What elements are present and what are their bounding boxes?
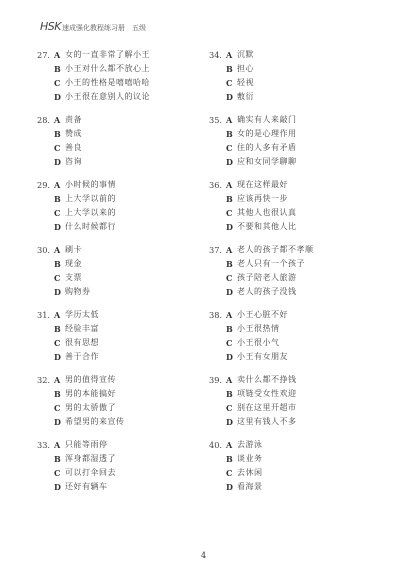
question-item: 40.A去游泳00.B谈业务00.C去休闲00.D看海景 <box>209 438 379 503</box>
option-letter: D <box>226 155 237 169</box>
option-text: 小王很热情 <box>237 322 280 336</box>
question-item: 38.A小王心脏不好00.B小王很热情00.C小王很小气00.D小王有女朋友 <box>209 308 379 373</box>
option-letter: C <box>54 271 65 285</box>
option-text: 浑身都湿透了 <box>65 452 116 466</box>
question-number: 33. <box>37 438 54 452</box>
answer-option: 00.B上大学以前的 <box>37 192 207 206</box>
option-text: 确实有人来敲门 <box>237 113 297 127</box>
option-letter: D <box>226 415 237 429</box>
question-item: 35.A确实有人来敲门00.B女的是心理作用00.C住的人多有矛盾00.D应和女… <box>209 113 379 178</box>
answer-option: 00.B应该再快一步 <box>209 192 379 206</box>
option-letter: B <box>54 387 65 401</box>
option-letter: A <box>54 438 65 452</box>
option-text: 学历太低 <box>65 308 99 322</box>
option-letter: D <box>54 155 65 169</box>
option-letter: B <box>54 127 65 141</box>
option-letter: C <box>226 401 237 415</box>
page-number: 4 <box>201 551 206 560</box>
option-text: 善于合作 <box>65 350 99 364</box>
option-letter: A <box>226 308 237 322</box>
option-letter: D <box>226 350 237 364</box>
option-letter: B <box>226 257 237 271</box>
option-letter: B <box>54 257 65 271</box>
option-text: 担心 <box>237 62 254 76</box>
option-text: 很有思想 <box>65 336 99 350</box>
answer-option: 00.C住的人多有矛盾 <box>209 141 379 155</box>
option-text: 刷卡 <box>65 243 82 257</box>
option-text: 购物券 <box>65 285 91 299</box>
answer-option: 00.D还好有辆车 <box>37 480 207 494</box>
answer-option: 00.B浑身都湿透了 <box>37 452 207 466</box>
answer-option: 00.C别在这里开超市 <box>209 401 379 415</box>
option-letter: D <box>54 415 65 429</box>
answer-option: 00.D看海景 <box>209 480 379 494</box>
question-item: 33.A只能等雨停00.B浑身都湿透了00.C可以打伞回去00.D还好有辆车 <box>37 438 207 503</box>
answer-option: 00.C可以打伞回去 <box>37 466 207 480</box>
option-letter: A <box>54 178 65 192</box>
answer-option: 00.D咨询 <box>37 155 207 169</box>
option-letter: C <box>54 206 65 220</box>
answer-option: 00.D小王有女朋友 <box>209 350 379 364</box>
answer-option: 30.A刷卡 <box>37 243 207 257</box>
hsk-logo: HSK <box>40 20 61 33</box>
answer-option: 00.C孩子陪老人旅游 <box>209 271 379 285</box>
answer-option: 00.B赞成 <box>37 127 207 141</box>
option-letter: C <box>54 336 65 350</box>
option-letter: A <box>226 373 237 387</box>
answer-option: 00.D这里有钱人不多 <box>209 415 379 429</box>
question-number: 34. <box>209 48 226 62</box>
question-number: 29. <box>37 178 54 192</box>
option-text: 现金 <box>65 257 82 271</box>
option-letter: B <box>54 62 65 76</box>
option-text: 希望男的来宣传 <box>65 415 125 429</box>
answer-option: 00.C很有思想 <box>37 336 207 350</box>
option-letter: C <box>54 76 65 90</box>
question-column-left: 27.A女的一直非常了解小王00.B小王对什么都不放心上00.C小王的性格是嘻嘻… <box>37 48 207 503</box>
option-text: 老人的孩子没钱 <box>237 285 297 299</box>
option-text: 支票 <box>65 271 82 285</box>
option-letter: B <box>54 192 65 206</box>
option-text: 项链受女性欢迎 <box>237 387 297 401</box>
option-text: 这里有钱人不多 <box>237 415 297 429</box>
option-text: 上大学以来的 <box>65 206 116 220</box>
answer-option: 00.B老人只有一个孩子 <box>209 257 379 271</box>
option-letter: A <box>226 438 237 452</box>
answer-option: 00.C男的太骄傲了 <box>37 401 207 415</box>
option-letter: A <box>226 48 237 62</box>
option-text: 女的一直非常了解小王 <box>65 48 150 62</box>
question-number: 31. <box>37 308 54 322</box>
option-text: 应和女同学聊聊 <box>237 155 297 169</box>
page-header: HSK 速成强化教程练习册 五级 <box>40 20 146 32</box>
option-text: 上大学以前的 <box>65 192 116 206</box>
question-number: 28. <box>37 113 54 127</box>
question-number: 36. <box>209 178 226 192</box>
option-text: 善良 <box>65 141 82 155</box>
question-number: 32. <box>37 373 54 387</box>
answer-option: 00.B女的是心理作用 <box>209 127 379 141</box>
option-letter: C <box>54 466 65 480</box>
option-letter: A <box>226 243 237 257</box>
option-text: 老人只有一个孩子 <box>237 257 305 271</box>
question-number: 40. <box>209 438 226 452</box>
answer-option: 00.D希望男的来宣传 <box>37 415 207 429</box>
option-text: 女的是心理作用 <box>237 127 297 141</box>
option-letter: C <box>226 206 237 220</box>
option-letter: D <box>54 90 65 104</box>
question-item: 34.A沉默00.B担心00.C轻视00.D敷衍 <box>209 48 379 113</box>
question-item: 27.A女的一直非常了解小王00.B小王对什么都不放心上00.C小王的性格是嘻嘻… <box>37 48 207 113</box>
option-letter: A <box>54 48 65 62</box>
option-letter: D <box>54 480 65 494</box>
answer-option: 00.B现金 <box>37 257 207 271</box>
option-text: 卖什么都不挣钱 <box>237 373 297 387</box>
answer-option: 32.A男的值得宣传 <box>37 373 207 387</box>
option-letter: D <box>54 350 65 364</box>
option-text: 还好有辆车 <box>65 480 108 494</box>
option-text: 其他人也很认真 <box>237 206 297 220</box>
option-text: 小王很在意别人的议论 <box>65 90 150 104</box>
option-text: 小王对什么都不放心上 <box>65 62 150 76</box>
answer-option: 00.D什么时候都行 <box>37 220 207 234</box>
question-column-right: 34.A沉默00.B担心00.C轻视00.D敷衍35.A确实有人来敲门00.B女… <box>209 48 379 503</box>
option-letter: B <box>226 322 237 336</box>
answer-option: 36.A现在这样最好 <box>209 178 379 192</box>
option-text: 可以打伞回去 <box>65 466 116 480</box>
option-letter: D <box>226 220 237 234</box>
option-letter: D <box>226 480 237 494</box>
option-text: 应该再快一步 <box>237 192 288 206</box>
option-letter: B <box>226 127 237 141</box>
option-letter: C <box>226 466 237 480</box>
option-letter: A <box>226 113 237 127</box>
answer-option: 00.D老人的孩子没钱 <box>209 285 379 299</box>
option-text: 赞成 <box>65 127 82 141</box>
answer-option: 00.C其他人也很认真 <box>209 206 379 220</box>
option-text: 小王的性格是嘻嘻哈哈 <box>65 76 150 90</box>
answer-option: 00.B项链受女性欢迎 <box>209 387 379 401</box>
question-item: 39.A卖什么都不挣钱00.B项链受女性欢迎00.C别在这里开超市00.D这里有… <box>209 373 379 438</box>
answer-option: 29.A小时候的事情 <box>37 178 207 192</box>
answer-option: 00.B担心 <box>209 62 379 76</box>
book-level: 五级 <box>132 23 146 33</box>
option-text: 咨询 <box>65 155 82 169</box>
option-text: 责备 <box>65 113 82 127</box>
option-letter: B <box>54 452 65 466</box>
question-number: 38. <box>209 308 226 322</box>
answer-option: 31.A学历太低 <box>37 308 207 322</box>
option-text: 孩子陪老人旅游 <box>237 271 297 285</box>
option-letter: C <box>54 141 65 155</box>
question-item: 30.A刷卡00.B现金00.C支票00.D购物券 <box>37 243 207 308</box>
option-letter: C <box>226 336 237 350</box>
option-text: 经验丰富 <box>65 322 99 336</box>
option-letter: C <box>226 271 237 285</box>
question-item: 28.A责备00.B赞成00.C善良00.D咨询 <box>37 113 207 178</box>
option-text: 小王心脏不好 <box>237 308 288 322</box>
answer-option: 33.A只能等雨停 <box>37 438 207 452</box>
answer-option: 00.B小王对什么都不放心上 <box>37 62 207 76</box>
option-text: 小王有女朋友 <box>237 350 288 364</box>
answer-option: 37.A老人的孩子都不孝顺 <box>209 243 379 257</box>
answer-option: 39.A卖什么都不挣钱 <box>209 373 379 387</box>
option-letter: C <box>54 401 65 415</box>
answer-option: 00.D购物券 <box>37 285 207 299</box>
option-text: 谈业务 <box>237 452 263 466</box>
answer-option: 00.C小王很小气 <box>209 336 379 350</box>
option-text: 小王很小气 <box>237 336 280 350</box>
option-letter: B <box>54 322 65 336</box>
answer-option: 38.A小王心脏不好 <box>209 308 379 322</box>
question-item: 29.A小时候的事情00.B上大学以前的00.C上大学以来的00.D什么时候都行 <box>37 178 207 243</box>
option-letter: B <box>226 192 237 206</box>
option-letter: A <box>54 308 65 322</box>
question-item: 31.A学历太低00.B经验丰富00.C很有思想00.D善于合作 <box>37 308 207 373</box>
answer-option: 00.C小王的性格是嘻嘻哈哈 <box>37 76 207 90</box>
option-text: 去休闲 <box>237 466 263 480</box>
question-item: 32.A男的值得宣传00.B男的本能搞好00.C男的太骄傲了00.D希望男的来宣… <box>37 373 207 438</box>
answer-option: 00.C去休闲 <box>209 466 379 480</box>
answer-option: 00.D应和女同学聊聊 <box>209 155 379 169</box>
option-letter: C <box>226 141 237 155</box>
option-text: 男的太骄傲了 <box>65 401 116 415</box>
answer-option: 00.C上大学以来的 <box>37 206 207 220</box>
option-letter: D <box>54 220 65 234</box>
option-text: 只能等雨停 <box>65 438 108 452</box>
answer-option: 28.A责备 <box>37 113 207 127</box>
question-number: 30. <box>37 243 54 257</box>
option-text: 轻视 <box>237 76 254 90</box>
answer-option: 00.B经验丰富 <box>37 322 207 336</box>
option-letter: B <box>226 452 237 466</box>
answer-option: 00.C支票 <box>37 271 207 285</box>
option-text: 男的值得宣传 <box>65 373 116 387</box>
option-letter: B <box>226 62 237 76</box>
option-letter: A <box>54 113 65 127</box>
option-text: 看海景 <box>237 480 263 494</box>
answer-option: 27.A女的一直非常了解小王 <box>37 48 207 62</box>
option-letter: C <box>226 76 237 90</box>
answer-option: 00.D善于合作 <box>37 350 207 364</box>
option-letter: A <box>54 243 65 257</box>
answer-option: 00.C善良 <box>37 141 207 155</box>
question-number: 27. <box>37 48 54 62</box>
option-text: 不要和其他人比 <box>237 220 297 234</box>
answer-option: 00.B男的本能搞好 <box>37 387 207 401</box>
answer-option: 00.B小王很热情 <box>209 322 379 336</box>
option-letter: D <box>226 285 237 299</box>
option-text: 小时候的事情 <box>65 178 116 192</box>
question-number: 37. <box>209 243 226 257</box>
option-text: 沉默 <box>237 48 254 62</box>
option-letter: D <box>54 285 65 299</box>
answer-option: 35.A确实有人来敲门 <box>209 113 379 127</box>
answer-option: 34.A沉默 <box>209 48 379 62</box>
question-number: 39. <box>209 373 226 387</box>
option-text: 别在这里开超市 <box>237 401 297 415</box>
option-letter: A <box>226 178 237 192</box>
option-text: 住的人多有矛盾 <box>237 141 297 155</box>
option-letter: D <box>226 90 237 104</box>
option-text: 男的本能搞好 <box>65 387 116 401</box>
option-text: 现在这样最好 <box>237 178 288 192</box>
answer-option: 00.D不要和其他人比 <box>209 220 379 234</box>
option-text: 什么时候都行 <box>65 220 116 234</box>
answer-option: 00.D敷衍 <box>209 90 379 104</box>
option-letter: A <box>54 373 65 387</box>
question-number: 35. <box>209 113 226 127</box>
question-item: 37.A老人的孩子都不孝顺00.B老人只有一个孩子00.C孩子陪老人旅游00.D… <box>209 243 379 308</box>
answer-option: 40.A去游泳 <box>209 438 379 452</box>
option-text: 老人的孩子都不孝顺 <box>237 243 314 257</box>
answer-option: 00.C轻视 <box>209 76 379 90</box>
answer-option: 00.D小王很在意别人的议论 <box>37 90 207 104</box>
option-text: 去游泳 <box>237 438 263 452</box>
question-item: 36.A现在这样最好00.B应该再快一步00.C其他人也很认真00.D不要和其他… <box>209 178 379 243</box>
book-title: 速成强化教程练习册 <box>62 23 125 33</box>
option-letter: B <box>226 387 237 401</box>
answer-option: 00.B谈业务 <box>209 452 379 466</box>
option-text: 敷衍 <box>237 90 254 104</box>
